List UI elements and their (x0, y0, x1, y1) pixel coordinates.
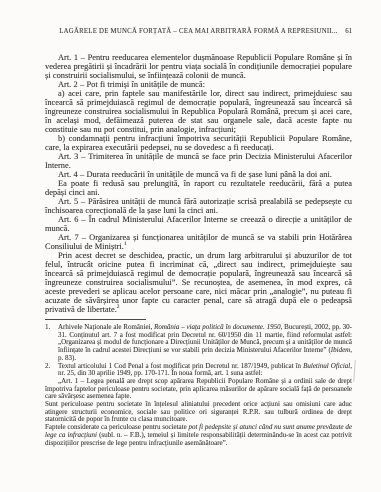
footnote-separator (45, 319, 146, 320)
paragraph-text: Art. 2 – Pot fi trimiși în unitățile de … (58, 80, 205, 89)
paragraph-text: Prin acest decret se deschidea, practic,… (45, 251, 352, 314)
body-paragraph-art6: Art. 6 – În cadrul Ministerului Afaceril… (45, 215, 352, 233)
ibidem-italic: Ibidem (331, 346, 350, 354)
footnote-1: 1. Arhivele Naționale ale României, Româ… (45, 324, 352, 363)
paragraph-text: Art. 6 – În cadrul Ministerului Afaceril… (45, 215, 352, 233)
body-paragraph-commentary: Prin acest decret se deschidea, practic,… (45, 251, 352, 314)
footnote-2-intro: 2. Textul articolului 1 Cod Penal a fost… (45, 363, 352, 378)
paragraph-text: Art. 3 – Trimiterea în unitățile de munc… (45, 152, 352, 170)
body-paragraph-art5: Art. 5 – Părăsirea unității de muncă făr… (45, 197, 352, 215)
paragraph-text: Art. 5 – Părăsirea unității de muncă făr… (45, 197, 352, 215)
footnote-1-number: 1. (45, 324, 58, 363)
paragraph-text: Art. 1 – Pentru reeducarea elementelor d… (45, 53, 352, 80)
footnotes-section: 1. Arhivele Naționale ale României, Româ… (45, 324, 352, 447)
paragraph-text: Art. 7 – Organizarea și funcționarea uni… (45, 233, 352, 251)
page-number: 61 (345, 28, 352, 36)
main-text: Art. 1 – Pentru reeducarea elementelor d… (45, 53, 352, 314)
footnote-2-quote-paragraph-2: Sunt periculoase pentru societate în înț… (45, 401, 352, 424)
body-paragraph-art4b: Ea poate fi redusă sau prelungită, în ra… (45, 179, 352, 197)
footnote-2: 2. Textul articolului 1 Cod Penal a fost… (45, 363, 352, 448)
page-header: LAGĂRELE DE MUNCĂ FORȚATĂ – CEA MAI ARBI… (45, 28, 352, 36)
body-paragraph-art1: Art. 1 – Pentru reeducarea elementelor d… (45, 53, 352, 80)
footnote-ref-2: 2 (117, 304, 120, 310)
body-paragraph-art2b: b) condamnații pentru infracțiuni împotr… (45, 134, 352, 152)
body-paragraph-art7: Art. 7 – Organizarea și funcționarea uni… (45, 233, 352, 251)
running-head-title: LAGĂRELE DE MUNCĂ FORȚATĂ – CEA MAI ARBI… (59, 28, 338, 35)
body-paragraph-art3: Art. 3 – Trimiterea în unitățile de munc… (45, 152, 352, 170)
body-paragraph-art2: Art. 2 – Pot fi trimiși în unitățile de … (45, 80, 352, 89)
footnote-2-text: Textul articolului 1 Cod Penal a fost mo… (58, 363, 352, 378)
paragraph-text: Ea poate fi redusă sau prelungită, în ra… (45, 179, 352, 197)
footnote-2-number: 2. (45, 363, 58, 378)
paragraph-text: Art. 4 – Durata reeducării în unitățile … (58, 170, 332, 179)
body-paragraph-art2a: a) acei care, prin faptele sau manifestă… (45, 89, 352, 134)
journal-title-italic: Buletinul Oficial (303, 362, 350, 370)
scan-artifact (353, 360, 356, 382)
paragraph-text: a) acei care, prin faptele sau manifestă… (45, 89, 352, 134)
body-paragraph-art4: Art. 4 – Durata reeducării în unitățile … (45, 170, 352, 179)
footnote-2-quote-paragraph-1: „Art. 1 – Legea penală are drept scop ap… (45, 378, 352, 401)
footnote-ref-1: 1 (124, 241, 127, 247)
paragraph-text: b) condamnații pentru infracțiuni împotr… (45, 134, 352, 152)
footnote-1-text: Arhivele Naționale ale României, România… (58, 324, 352, 363)
book-page: LAGĂRELE DE MUNCĂ FORȚATĂ – CEA MAI ARBI… (0, 0, 381, 492)
footnote-2-quote-paragraph-3: Faptele considerate ca periculoase pentr… (45, 424, 352, 447)
